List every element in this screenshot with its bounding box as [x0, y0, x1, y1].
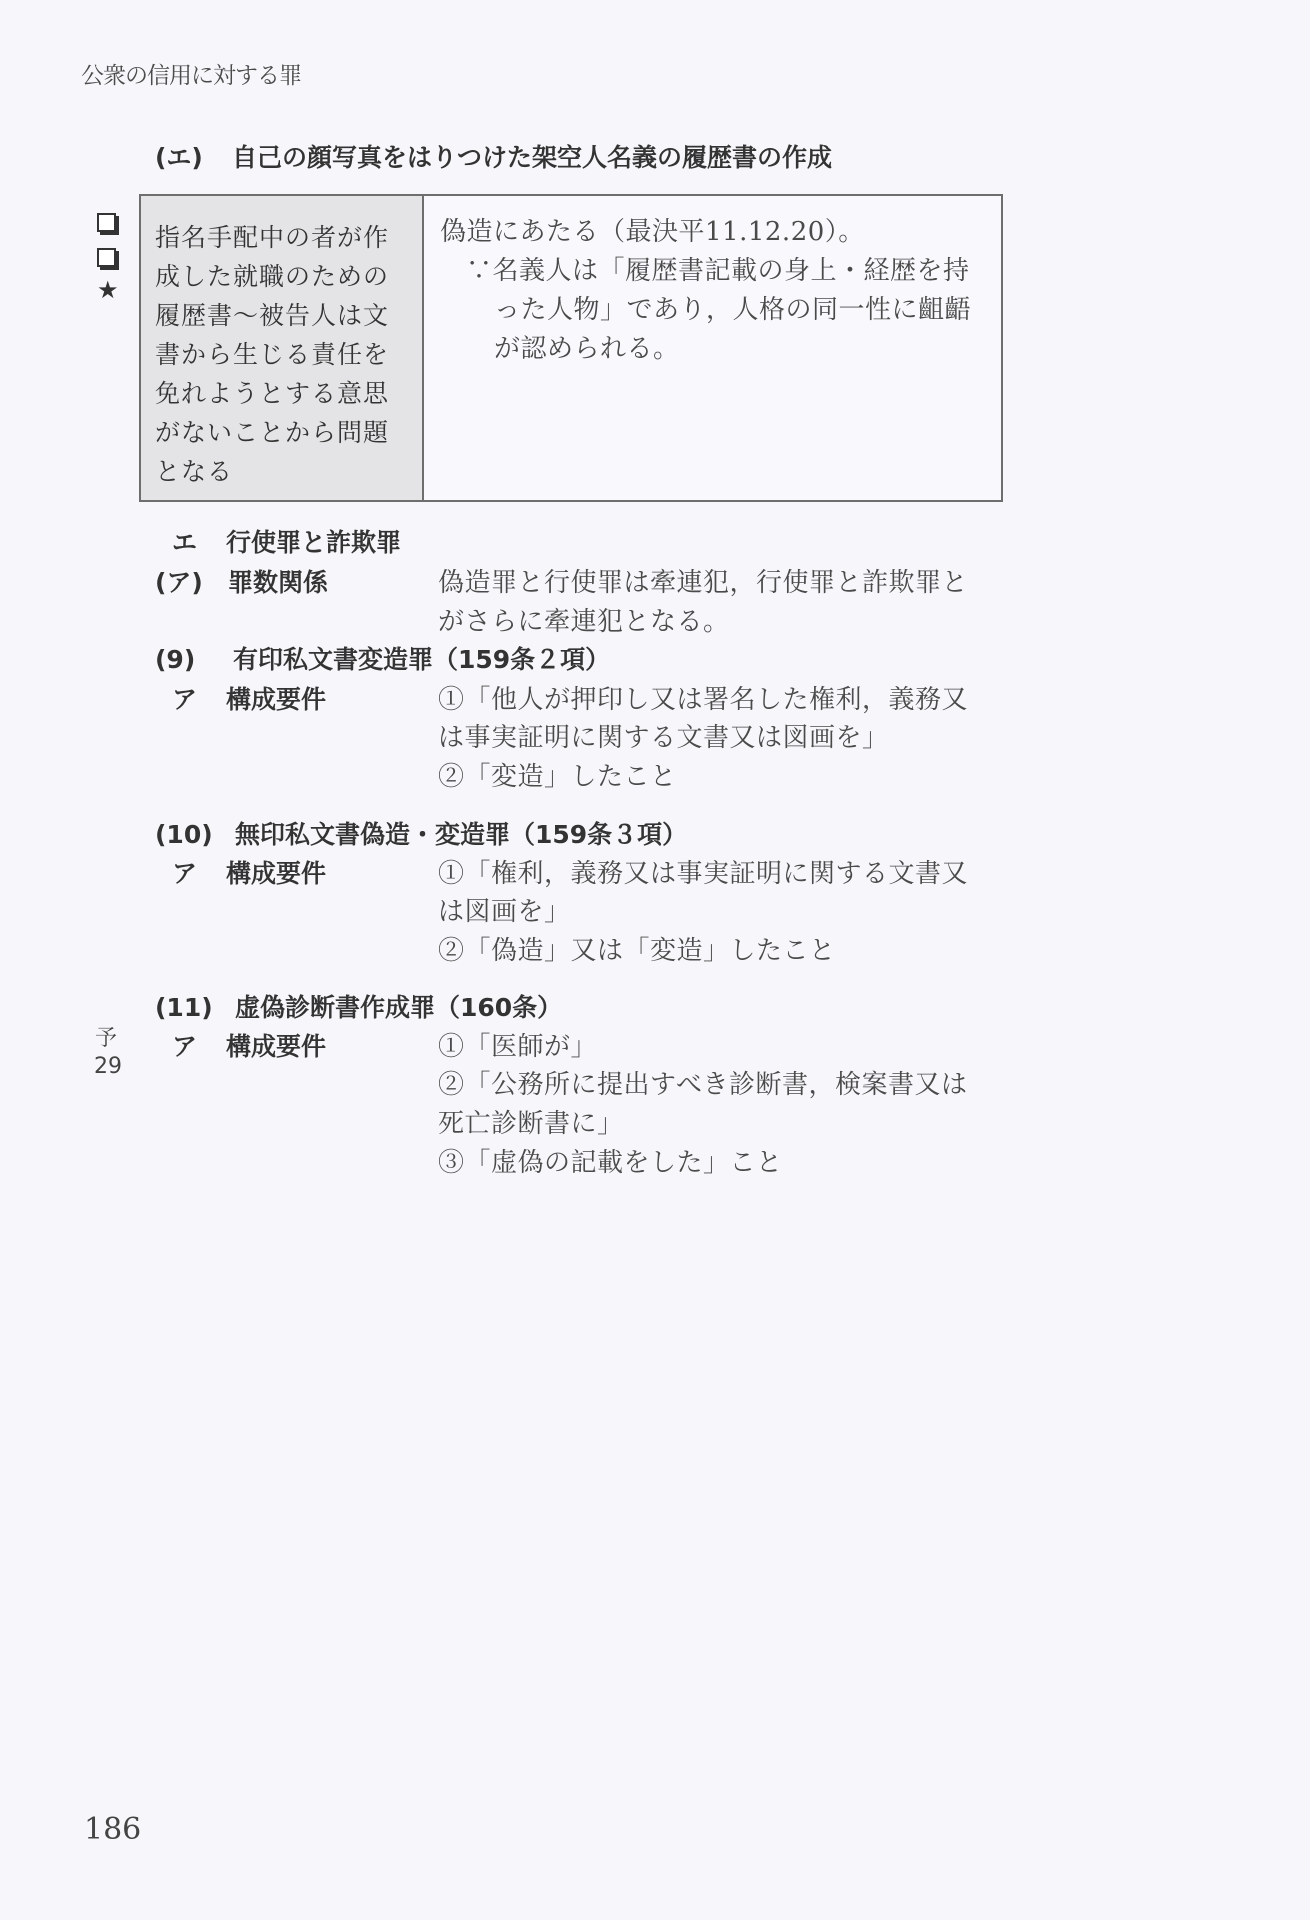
item-marker: ア [172, 1034, 197, 1059]
item-text-line: は事実証明に関する文書又は図画を」 [438, 725, 889, 751]
item-label: 罪数関係 [228, 570, 328, 595]
case-box-fact-text: 指名手配中の者が作成した就職のための履歴書〜被告人は文書から生じる責任を免れよう… [155, 218, 411, 491]
page-number: 186 [84, 1815, 141, 1845]
item-label: 構成要件 [226, 1034, 326, 1059]
subsection-title: 自己の顔写真をはりつけた架空人名義の履歴書の作成 [232, 145, 832, 170]
section-marker: (9) [155, 647, 195, 672]
case-box-holding-line: 偽造にあたる（最決平11.12.20）。 [440, 219, 865, 245]
item-marker: (ア) [155, 570, 203, 595]
item-label: 構成要件 [226, 687, 326, 712]
case-box-holding-line: った人物」であり，人格の同一性に齟齬 [494, 297, 971, 323]
checkbox-icon[interactable] [97, 248, 116, 267]
item-text-line: 死亡診断書に」 [438, 1111, 624, 1137]
item-text-line: がさらに牽連犯となる。 [438, 609, 730, 635]
item-text-line: ②「変造」したこと [438, 764, 677, 790]
case-box-holding-line: が認められる。 [494, 336, 680, 362]
section-marker: (11) [155, 995, 213, 1020]
item-text-line: ①「権利，義務又は事実証明に関する文書又 [438, 861, 968, 887]
item-text-line: ①「他人が押印し又は署名した権利，義務又 [438, 687, 968, 713]
running-head: 公衆の信用に対する罪 [81, 65, 301, 88]
section-title: 無印私文書偽造・変造罪（159条３項） [235, 822, 687, 847]
margin-note-number: 29 [94, 1056, 122, 1078]
section-title: 虚偽診断書作成罪（160条） [235, 995, 562, 1020]
item-text-line: ③「虚偽の記載をした」こと [438, 1150, 783, 1176]
section-title: 有印私文書変造罪（159条２項） [233, 647, 610, 672]
item-marker: ア [172, 861, 197, 886]
section-title: 行使罪と詐欺罪 [226, 530, 401, 555]
item-text-line: ①「医師が」 [438, 1034, 597, 1060]
item-text-line: 偽造罪と行使罪は牽連犯，行使罪と詐欺罪と [438, 570, 968, 596]
section-marker: (10) [155, 822, 213, 847]
section-marker: エ [172, 530, 197, 555]
item-marker: ア [172, 687, 197, 712]
item-label: 構成要件 [226, 861, 326, 886]
item-text-line: は図画を」 [438, 899, 571, 925]
star-icon: ★ [97, 278, 119, 302]
checkbox-icon[interactable] [97, 213, 116, 232]
subsection-marker: (エ) [155, 145, 203, 170]
item-text-line: ②「偽造」又は「変造」したこと [438, 938, 836, 964]
case-box-fact-cell: 指名手配中の者が作成した就職のための履歴書〜被告人は文書から生じる責任を免れよう… [141, 196, 424, 500]
item-text-line: ②「公務所に提出すべき診断書，検案書又は [438, 1072, 967, 1098]
margin-note-yo: 予 [95, 1028, 117, 1050]
case-box-holding-line: ∵名義人は「履歴書記載の身上・経歴を持 [466, 258, 970, 284]
